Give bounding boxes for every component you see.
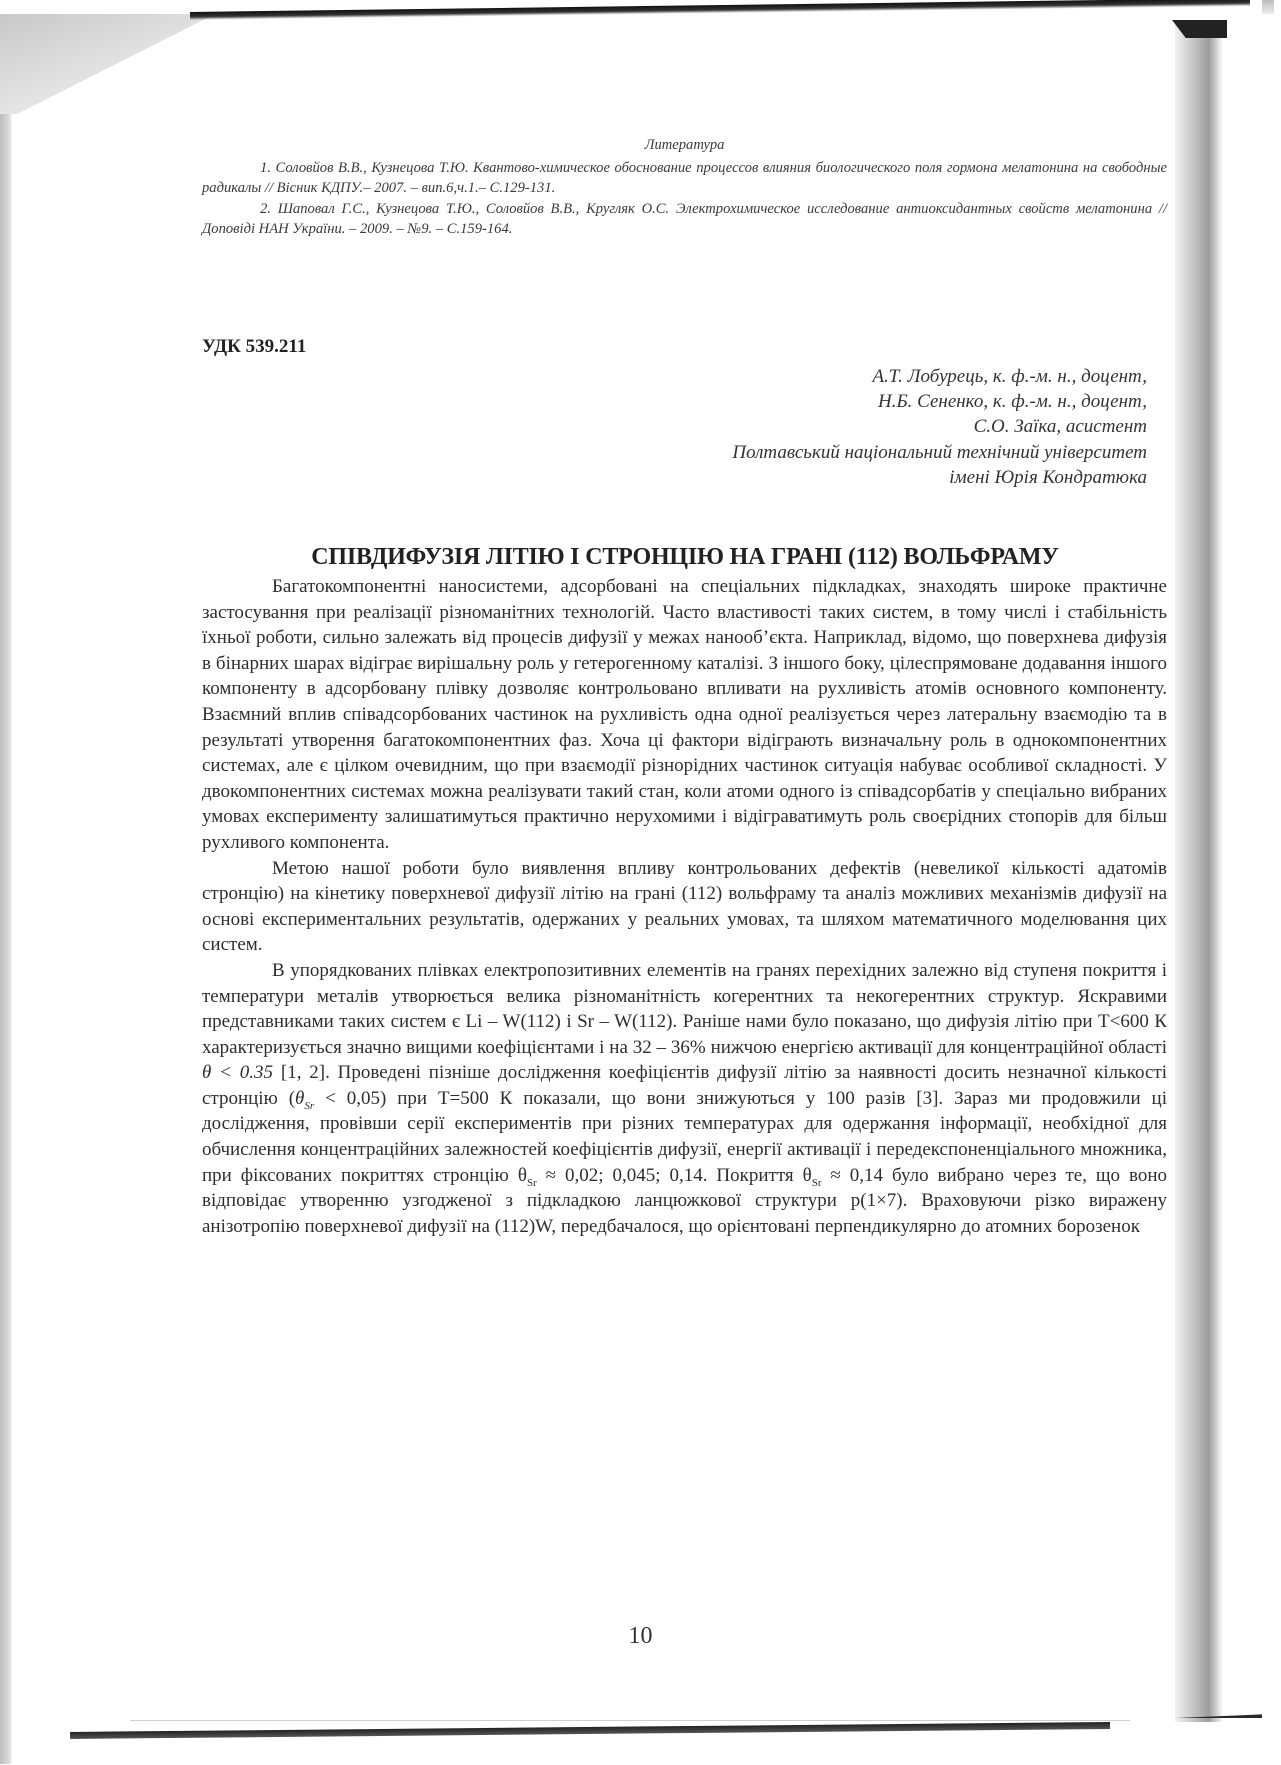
paragraph: Багатокомпонентні наносистеми, адсорбова… — [202, 574, 1167, 856]
references-title: Литература — [202, 135, 1167, 156]
authors-block: А.Т. Лобурець, к. ф.-м. н., доцент, Н.Б.… — [732, 364, 1147, 490]
scan-bottom-thin-line — [130, 1720, 1130, 1721]
math-symbol: θ — [803, 1165, 812, 1186]
math-subscript: Sr — [304, 1100, 314, 1112]
math-symbol: θ — [518, 1165, 527, 1186]
text-run: В упорядкованих плівках електропозитивни… — [202, 960, 1167, 1058]
math-inline: θSr ≈ 0,14 — [803, 1165, 883, 1186]
author-line: Н.Б. Сененко, к. ф.-м. н., доцент, — [732, 389, 1147, 414]
math-inline: θSr ≈ 0,02; 0,045; 0,14 — [518, 1165, 703, 1186]
references-section: Литература 1. Соловйов В.В., Кузнецова Т… — [202, 135, 1167, 240]
affiliation-line: імені Юрія Кондратюка — [732, 465, 1147, 490]
reference-item: 1. Соловйов В.В., Кузнецова Т.Ю. Квантов… — [202, 158, 1167, 199]
author-line: С.О. Заїка, асистент — [732, 414, 1147, 439]
text-run: . Покриття — [703, 1165, 803, 1186]
math-subscript: Sr — [527, 1176, 537, 1188]
math-inline: θSr < 0,05 — [295, 1088, 380, 1109]
reference-item: 2. Шаповал Г.С., Кузнецова Т.Ю., Соловйо… — [202, 199, 1167, 240]
math-inline: θ < 0.35 — [202, 1062, 273, 1083]
udk-code: УДК 539.211 — [202, 336, 306, 358]
scan-right-tab — [1262, 0, 1274, 14]
math-symbol: θ — [295, 1088, 304, 1109]
math-rest: ≈ 0,02; 0,045; 0,14 — [537, 1165, 703, 1186]
article-body: Багатокомпонентні наносистеми, адсорбова… — [202, 574, 1167, 1239]
article-title: СПІВДИФУЗІЯ ЛІТІЮ І СТРОНЦІЮ НА ГРАНІ (1… — [200, 544, 1170, 571]
affiliation-line: Полтавський національний технічний уніве… — [732, 440, 1147, 465]
scan-binding-shadow — [1175, 22, 1223, 1722]
math-rest: ≈ 0,14 — [821, 1165, 883, 1186]
paragraph: Метою нашої роботи було виявлення впливу… — [202, 856, 1167, 958]
page-number: 10 — [0, 1623, 1281, 1650]
scan-left-edge — [0, 14, 12, 1764]
math-rest: < 0,05 — [314, 1088, 380, 1109]
paragraph: В упорядкованих плівках електропозитивни… — [202, 958, 1167, 1240]
author-line: А.Т. Лобурець, к. ф.-м. н., доцент, — [732, 364, 1147, 389]
scan-folded-corner — [0, 14, 215, 114]
scan-bottom-edge-line — [70, 1722, 1110, 1739]
